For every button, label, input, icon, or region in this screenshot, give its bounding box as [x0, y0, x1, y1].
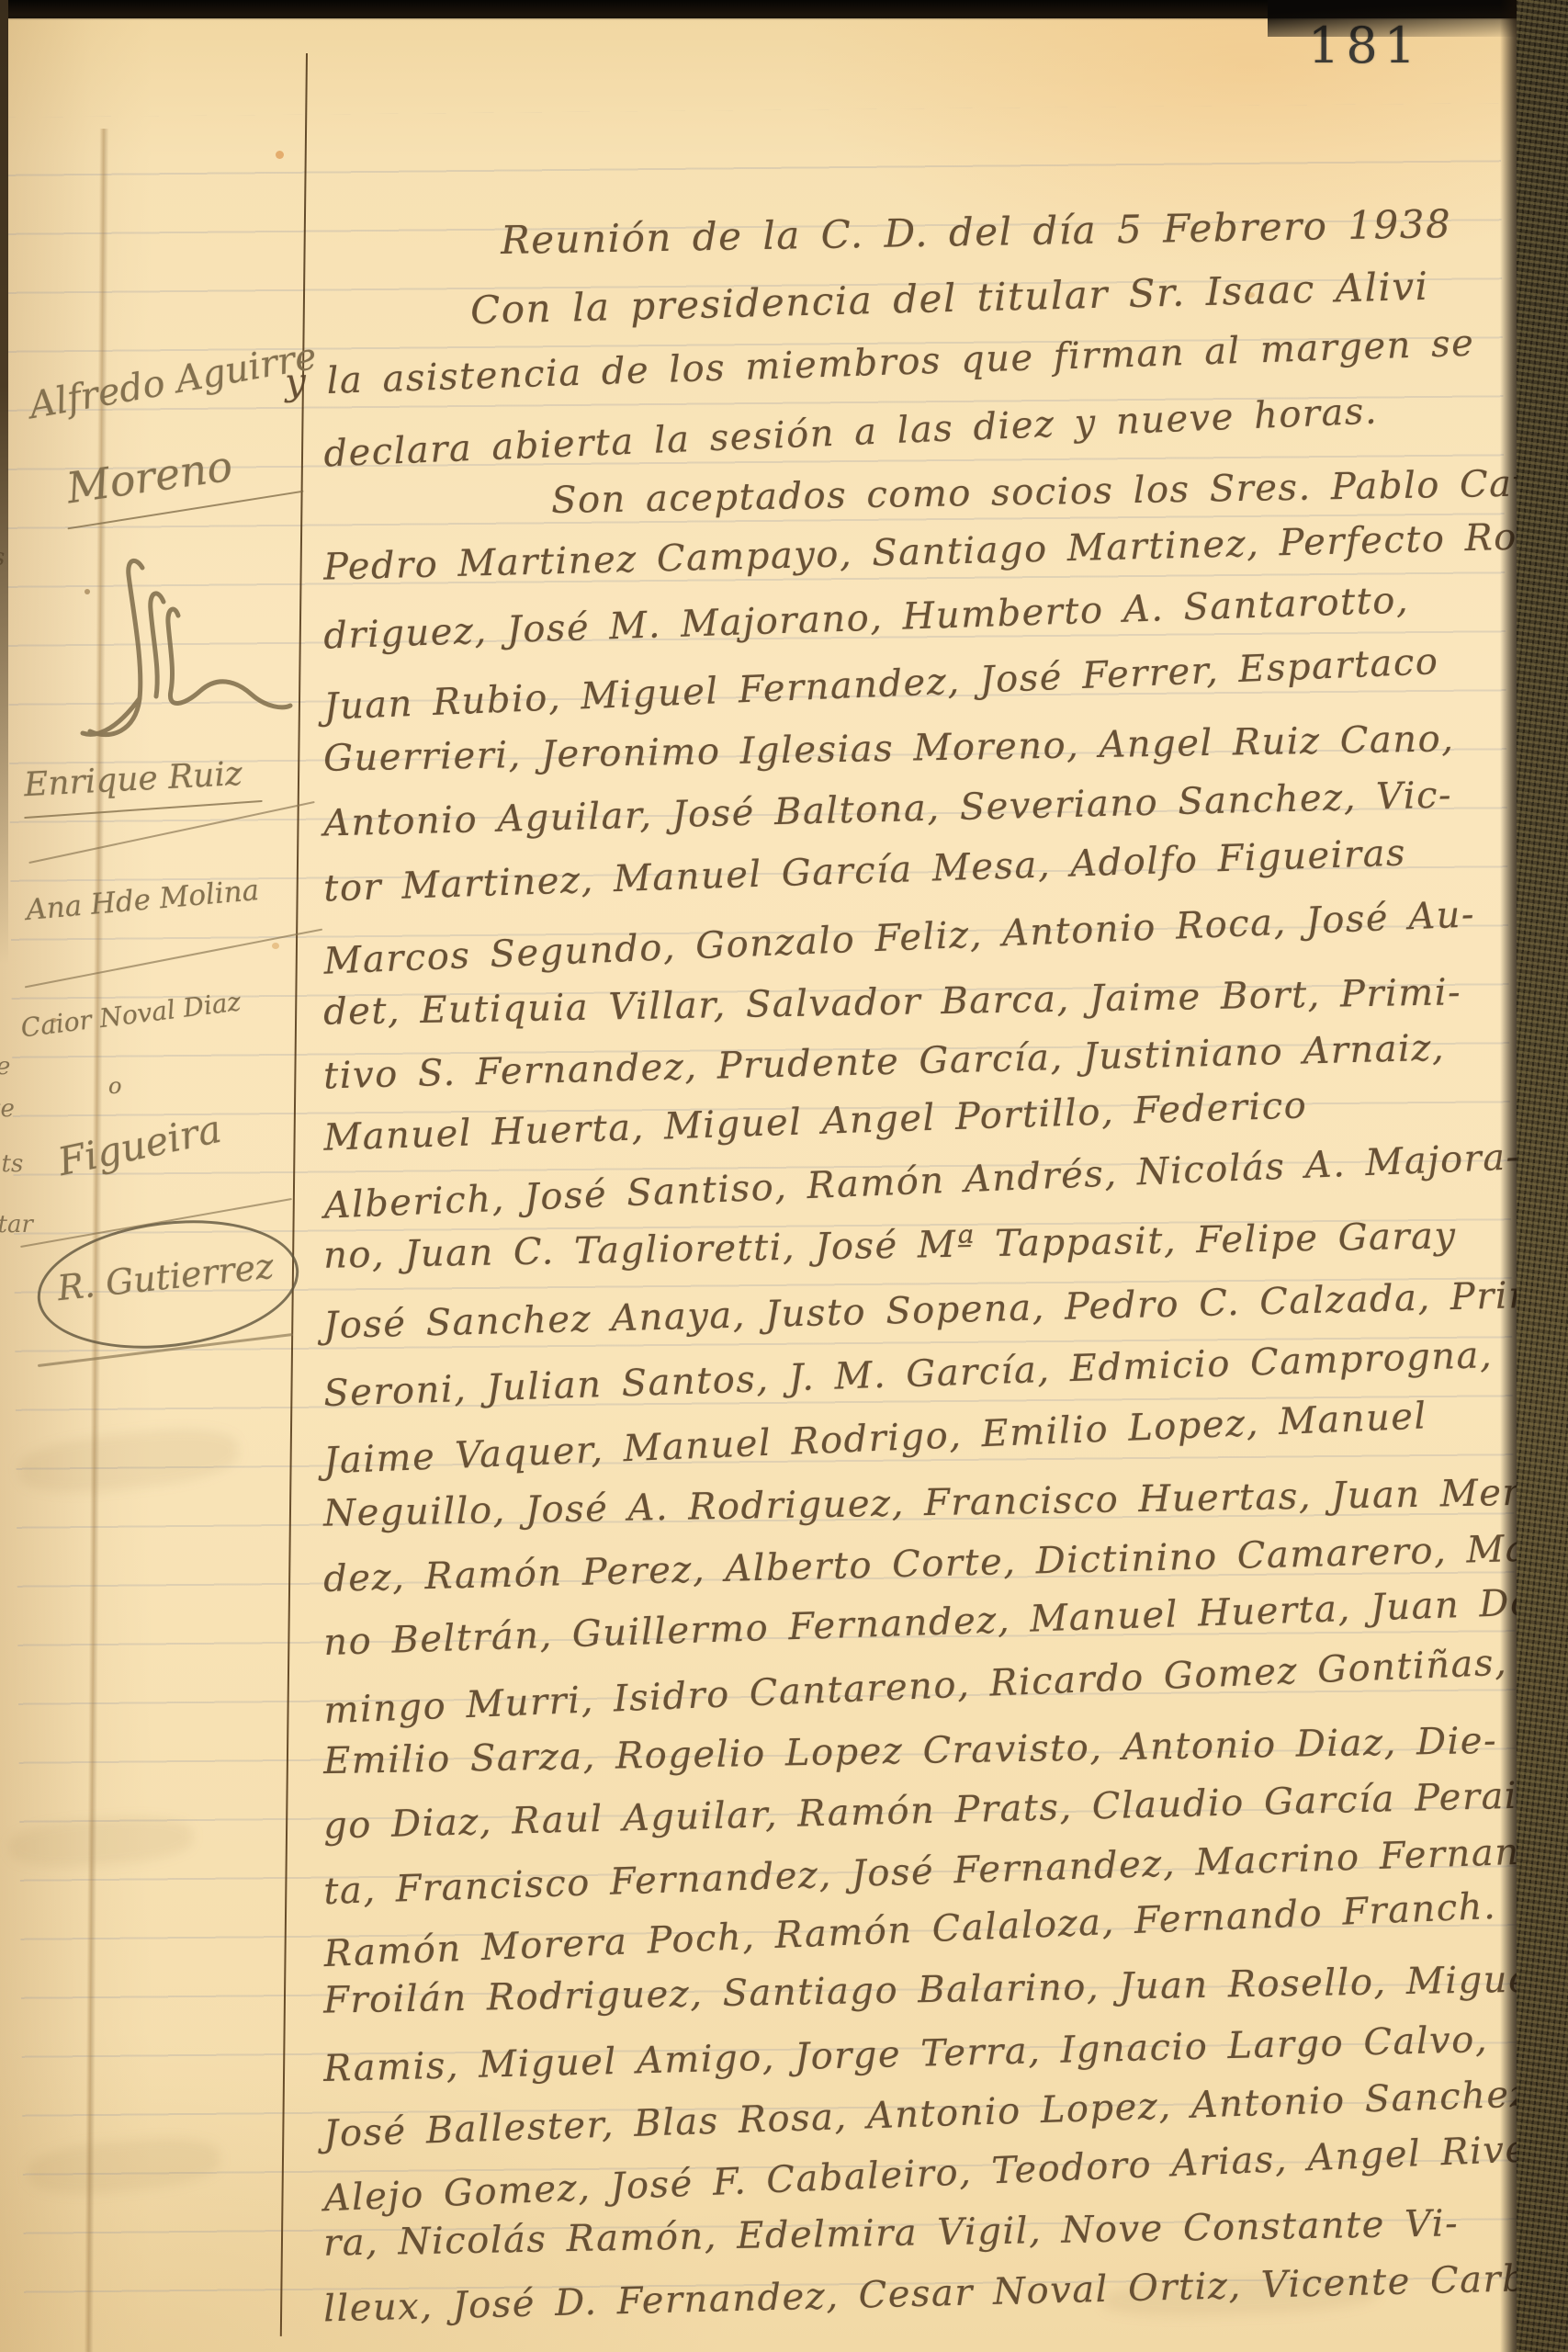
margin-signature: o — [108, 1073, 121, 1099]
monogram-signature — [55, 551, 294, 772]
edge-fragment: ats — [0, 1150, 23, 1178]
document-page: 181 Reunión de la C. D. del día 5 Febrer… — [0, 0, 1568, 2352]
edge-fragment: e — [0, 1053, 10, 1080]
book-left-edge — [0, 0, 8, 965]
edge-fragment: te — [0, 1095, 15, 1123]
edge-fragment: atar — [0, 1211, 33, 1238]
book-binding-texture — [1517, 0, 1568, 2352]
